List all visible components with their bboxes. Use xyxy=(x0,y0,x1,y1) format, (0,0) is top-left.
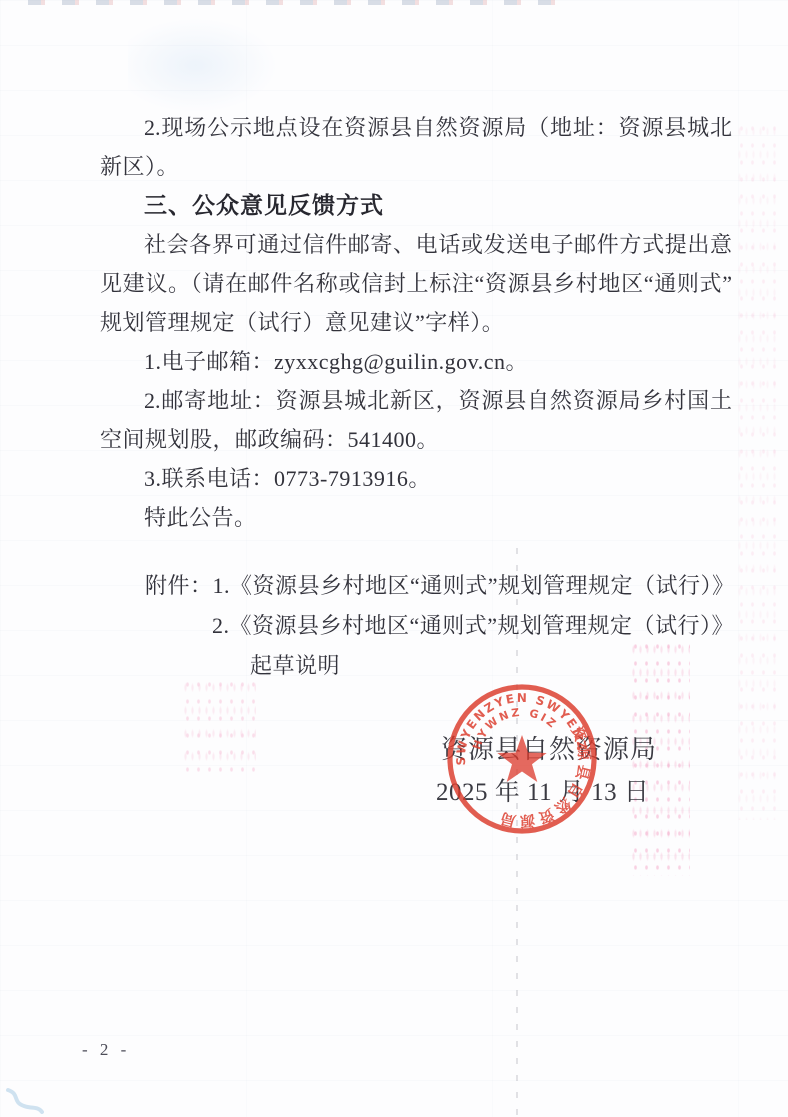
seal-ink-speckles-left xyxy=(182,676,256,772)
body-line: 规划管理规定（试行）意见建议”字样）。 xyxy=(100,303,504,342)
section-heading: 三、公众意见反馈方式 xyxy=(144,186,384,225)
closing-line: 特此公告。 xyxy=(144,498,257,537)
body-line: 2.现场公示地点设在资源县自然资源局（地址：资源县城北 xyxy=(144,108,732,147)
feedback-item-mail-address: 2.邮寄地址：资源县城北新区，资源县自然资源局乡村国土 xyxy=(144,381,732,420)
scan-smudge-blue xyxy=(128,18,278,113)
body-line: 社会各界可通过信件邮寄、电话或发送电子邮件方式提出意 xyxy=(144,225,732,264)
attachment-item-2-cont: 起草说明 xyxy=(250,646,340,685)
attachment-item-1: 1.《资源县乡村地区“通则式”规划管理规定（试行）》 xyxy=(213,573,735,598)
signature-agency: 资源县自然资源局 xyxy=(441,729,657,766)
scanned-document-page: 2.现场公示地点设在资源县自然资源局（地址：资源县城北 新区）。 三、公众意见反… xyxy=(0,0,788,1117)
scan-speckles-margin xyxy=(736,120,776,820)
feedback-item-phone: 3.联系电话：0773-7913916。 xyxy=(144,459,431,498)
scan-corner-mark xyxy=(4,1084,44,1114)
page-number: - 2 - xyxy=(82,1040,130,1060)
attachments-label: 附件： xyxy=(145,573,213,598)
body-line: 见建议。（请在邮件名称或信封上标注“资源县乡村地区“通则式” xyxy=(100,264,732,303)
signature-date: 2025 年 11 月 13 日 xyxy=(436,772,649,808)
attachment-item-2: 2.《资源县乡村地区“通则式”规划管理规定（试行）》 xyxy=(212,606,734,645)
scan-edge-artifact xyxy=(28,0,568,5)
body-line: 新区）。 xyxy=(100,147,179,186)
attachments-line-1: 附件：1.《资源县乡村地区“通则式”规划管理规定（试行）》 xyxy=(145,566,735,605)
feedback-item-mail-address-cont: 空间规划股，邮政编码：541400。 xyxy=(100,420,439,459)
feedback-item-email: 1.电子邮箱：zyxxcghg@guilin.gov.cn。 xyxy=(144,342,528,381)
